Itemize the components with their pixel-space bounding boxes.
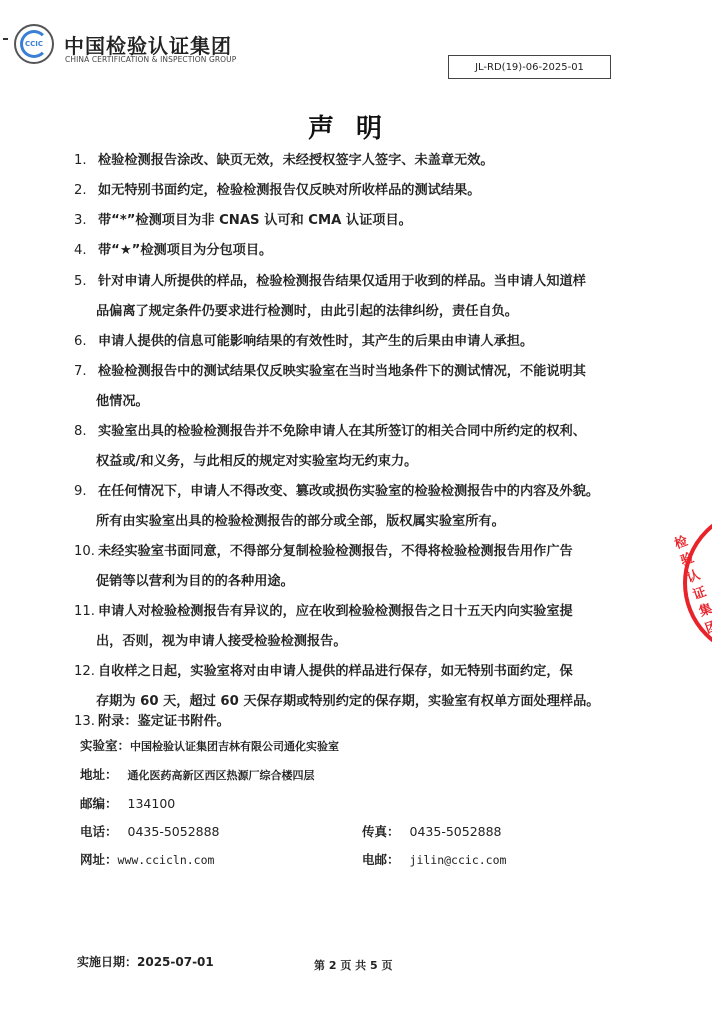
statement-item: 7.检验检测报告中的测试结果仅反映实验室在当时当地条件下的测试情况，不能说明其他…	[74, 357, 634, 417]
statement-item: 1.检验检测报告涂改、缺页无效，未经授权签字人签字、未盖章无效。	[74, 146, 634, 176]
document-code: JL-RD(19)-06-2025-01	[475, 62, 584, 73]
lab-row: 实验室：中国检验认证集团吉林有限公司通化实验室	[80, 736, 339, 754]
email-row: 电邮：jilin@ccic.com	[362, 850, 506, 868]
statement-line: 5.针对申请人所提供的样品，检验检测报告结果仅适用于收到的样品。当申请人知道样	[74, 267, 634, 297]
zip-value: 134100	[128, 796, 176, 811]
item-text: 申请人提供的信息可能影响结果的有效性时，其产生的后果由申请人承担。	[98, 334, 533, 349]
statement-item: 3.带“*”检测项目为非 CNAS 认可和 CMA 认证项目。	[74, 206, 634, 236]
statement-line: 11.申请人对检验检测报告有异议的，应在收到检验检测报告之日十五天内向实验室提	[74, 597, 634, 627]
statement-line: 4.带“★”检测项目为分包项目。	[74, 236, 634, 266]
website-label: 网址：	[80, 852, 118, 867]
statement-item: 4.带“★”检测项目为分包项目。	[74, 236, 634, 266]
address-value: 通化医药高新区西区热源厂综合楼四层	[128, 769, 315, 782]
item-number: 2.	[74, 176, 98, 206]
item-text: 申请人对检验检测报告有异议的，应在收到检验检测报告之日十五天内向实验室提	[98, 604, 573, 619]
statement-line: 所有由实验室出具的检验检测报告的部分或全部，版权属实验室所有。	[74, 507, 634, 537]
item-text: 自收样之日起，实验室将对由申请人提供的样品进行保存，如无特别书面约定，保	[98, 664, 573, 679]
statement-line: 9.在任何情况下，申请人不得改变、篡改或损伤实验室的检验检测报告中的内容及外貌。	[74, 477, 634, 507]
statement-line: 2.如无特别书面约定，检验检测报告仅反映对所收样品的测试结果。	[74, 176, 634, 206]
email-link[interactable]: jilin@ccic.com	[410, 853, 507, 867]
item-text: 针对申请人所提供的样品，检验检测报告结果仅适用于收到的样品。当申请人知道样	[98, 274, 586, 289]
page-number: 第 2 页 共 5 页	[314, 957, 392, 973]
item-text: 附录：鉴定证书附件。	[98, 714, 230, 729]
item-number: 12.	[74, 657, 98, 687]
item-text: 在任何情况下，申请人不得改变、篡改或损伤实验室的检验检测报告中的内容及外貌。	[98, 484, 599, 499]
item-text: 带“★”检测项目为分包项目。	[98, 243, 272, 258]
statement-line: 10.未经实验室书面同意，不得部分复制检验检测报告，不得将检验检测报告用作广告	[74, 537, 634, 567]
statement-line: 3.带“*”检测项目为非 CNAS 认可和 CMA 认证项目。	[74, 206, 634, 236]
item-number: 5.	[74, 267, 98, 297]
website-link[interactable]: www.ccicln.com	[118, 853, 215, 867]
ccic-logo-icon: CCIC	[14, 24, 54, 64]
zip-label: 邮编：	[80, 796, 118, 811]
item-text: 未经实验室书面同意，不得部分复制检验检测报告，不得将检验检测报告用作广告	[98, 544, 573, 559]
statement-item: 2.如无特别书面约定，检验检测报告仅反映对所收样品的测试结果。	[74, 176, 634, 206]
fax-value: 0435-5052888	[410, 824, 502, 839]
item-number: 1.	[74, 146, 98, 176]
statement-line: 7.检验检测报告中的测试结果仅反映实验室在当时当地条件下的测试情况，不能说明其	[74, 357, 634, 387]
effective-date: 实施日期：2025-07-01	[77, 953, 214, 970]
logo-abbr: CCIC	[20, 30, 48, 58]
item-number: 6.	[74, 327, 98, 357]
item-number: 11.	[74, 597, 98, 627]
margin-mark	[3, 38, 8, 40]
item-number: 4.	[74, 236, 98, 266]
statement-line: 品偏离了规定条件仍要求进行检测时，由此引起的法律纠纷，责任自负。	[74, 297, 634, 327]
item-text: 检验检测报告中的测试结果仅反映实验室在当时当地条件下的测试情况，不能说明其	[98, 364, 586, 379]
item-number: 8.	[74, 417, 98, 447]
statement-item: 9.在任何情况下，申请人不得改变、篡改或损伤实验室的检验检测报告中的内容及外貌。…	[74, 477, 634, 537]
fax-label: 传真：	[362, 824, 400, 839]
phone-row: 电话：0435-5052888	[80, 822, 220, 840]
item-number: 9.	[74, 477, 98, 507]
statement-line: 出，否则，视为申请人接受检验检测报告。	[74, 627, 634, 657]
statement-line: 权益或/和义务，与此相反的规定对实验室均无约束力。	[74, 447, 634, 477]
statement-line: 他情况。	[74, 387, 634, 417]
statement-line: 1.检验检测报告涂改、缺页无效，未经授权签字人签字、未盖章无效。	[74, 146, 634, 176]
statement-item: 13.附录：鉴定证书附件。	[74, 707, 634, 737]
zip-row: 邮编：134100	[80, 794, 175, 812]
statement-item: 5.针对申请人所提供的样品，检验检测报告结果仅适用于收到的样品。当申请人知道样品…	[74, 267, 634, 327]
statement-item: 10.未经实验室书面同意，不得部分复制检验检测报告，不得将检验检测报告用作广告促…	[74, 537, 634, 597]
statement-item: 6.申请人提供的信息可能影响结果的有效性时，其产生的后果由申请人承担。	[74, 327, 634, 357]
item-number: 13.	[74, 707, 98, 737]
statement-line: 促销等以营利为目的的各种用途。	[74, 567, 634, 597]
item-text: 如无特别书面约定，检验检测报告仅反映对所收样品的测试结果。	[98, 183, 480, 198]
statement-line: 13.附录：鉴定证书附件。	[74, 707, 634, 737]
item-number: 10.	[74, 537, 98, 567]
phone-label: 电话：	[80, 824, 118, 839]
company-name-en: CHINA CERTIFICATION & INSPECTION GROUP	[65, 55, 236, 64]
address-row: 地址：通化医药高新区西区热源厂综合楼四层	[80, 765, 315, 783]
address-label: 地址：	[80, 767, 118, 782]
statement-line: 6.申请人提供的信息可能影响结果的有效性时，其产生的后果由申请人承担。	[74, 327, 634, 357]
statement-line: 12.自收样之日起，实验室将对由申请人提供的样品进行保存，如无特别书面约定，保	[74, 657, 634, 687]
email-label: 电邮：	[362, 852, 400, 867]
item-text: 带“*”检测项目为非 CNAS 认可和 CMA 认证项目。	[98, 213, 412, 228]
item-number: 7.	[74, 357, 98, 387]
website-row: 网址：www.ccicln.com	[80, 850, 214, 868]
phone-value: 0435-5052888	[128, 824, 220, 839]
statement-item: 8.实验室出具的检验检测报告并不免除申请人在其所签订的相关合同中所约定的权利、权…	[74, 417, 634, 477]
statement-line: 8.实验室出具的检验检测报告并不免除申请人在其所签订的相关合同中所约定的权利、	[74, 417, 634, 447]
lab-label: 实验室：	[80, 738, 130, 753]
statement-item: 11.申请人对检验检测报告有异议的，应在收到检验检测报告之日十五天内向实验室提出…	[74, 597, 634, 657]
document-code-box: JL-RD(19)-06-2025-01	[448, 55, 611, 79]
page-title: 声明	[0, 108, 712, 145]
fax-row: 传真：0435-5052888	[362, 822, 502, 840]
item-text: 实验室出具的检验检测报告并不免除申请人在其所签订的相关合同中所约定的权利、	[98, 424, 586, 439]
item-number: 3.	[74, 206, 98, 236]
lab-value: 中国检验认证集团吉林有限公司通化实验室	[130, 740, 339, 753]
item-text: 检验检测报告涂改、缺页无效，未经授权签字人签字、未盖章无效。	[98, 153, 494, 168]
